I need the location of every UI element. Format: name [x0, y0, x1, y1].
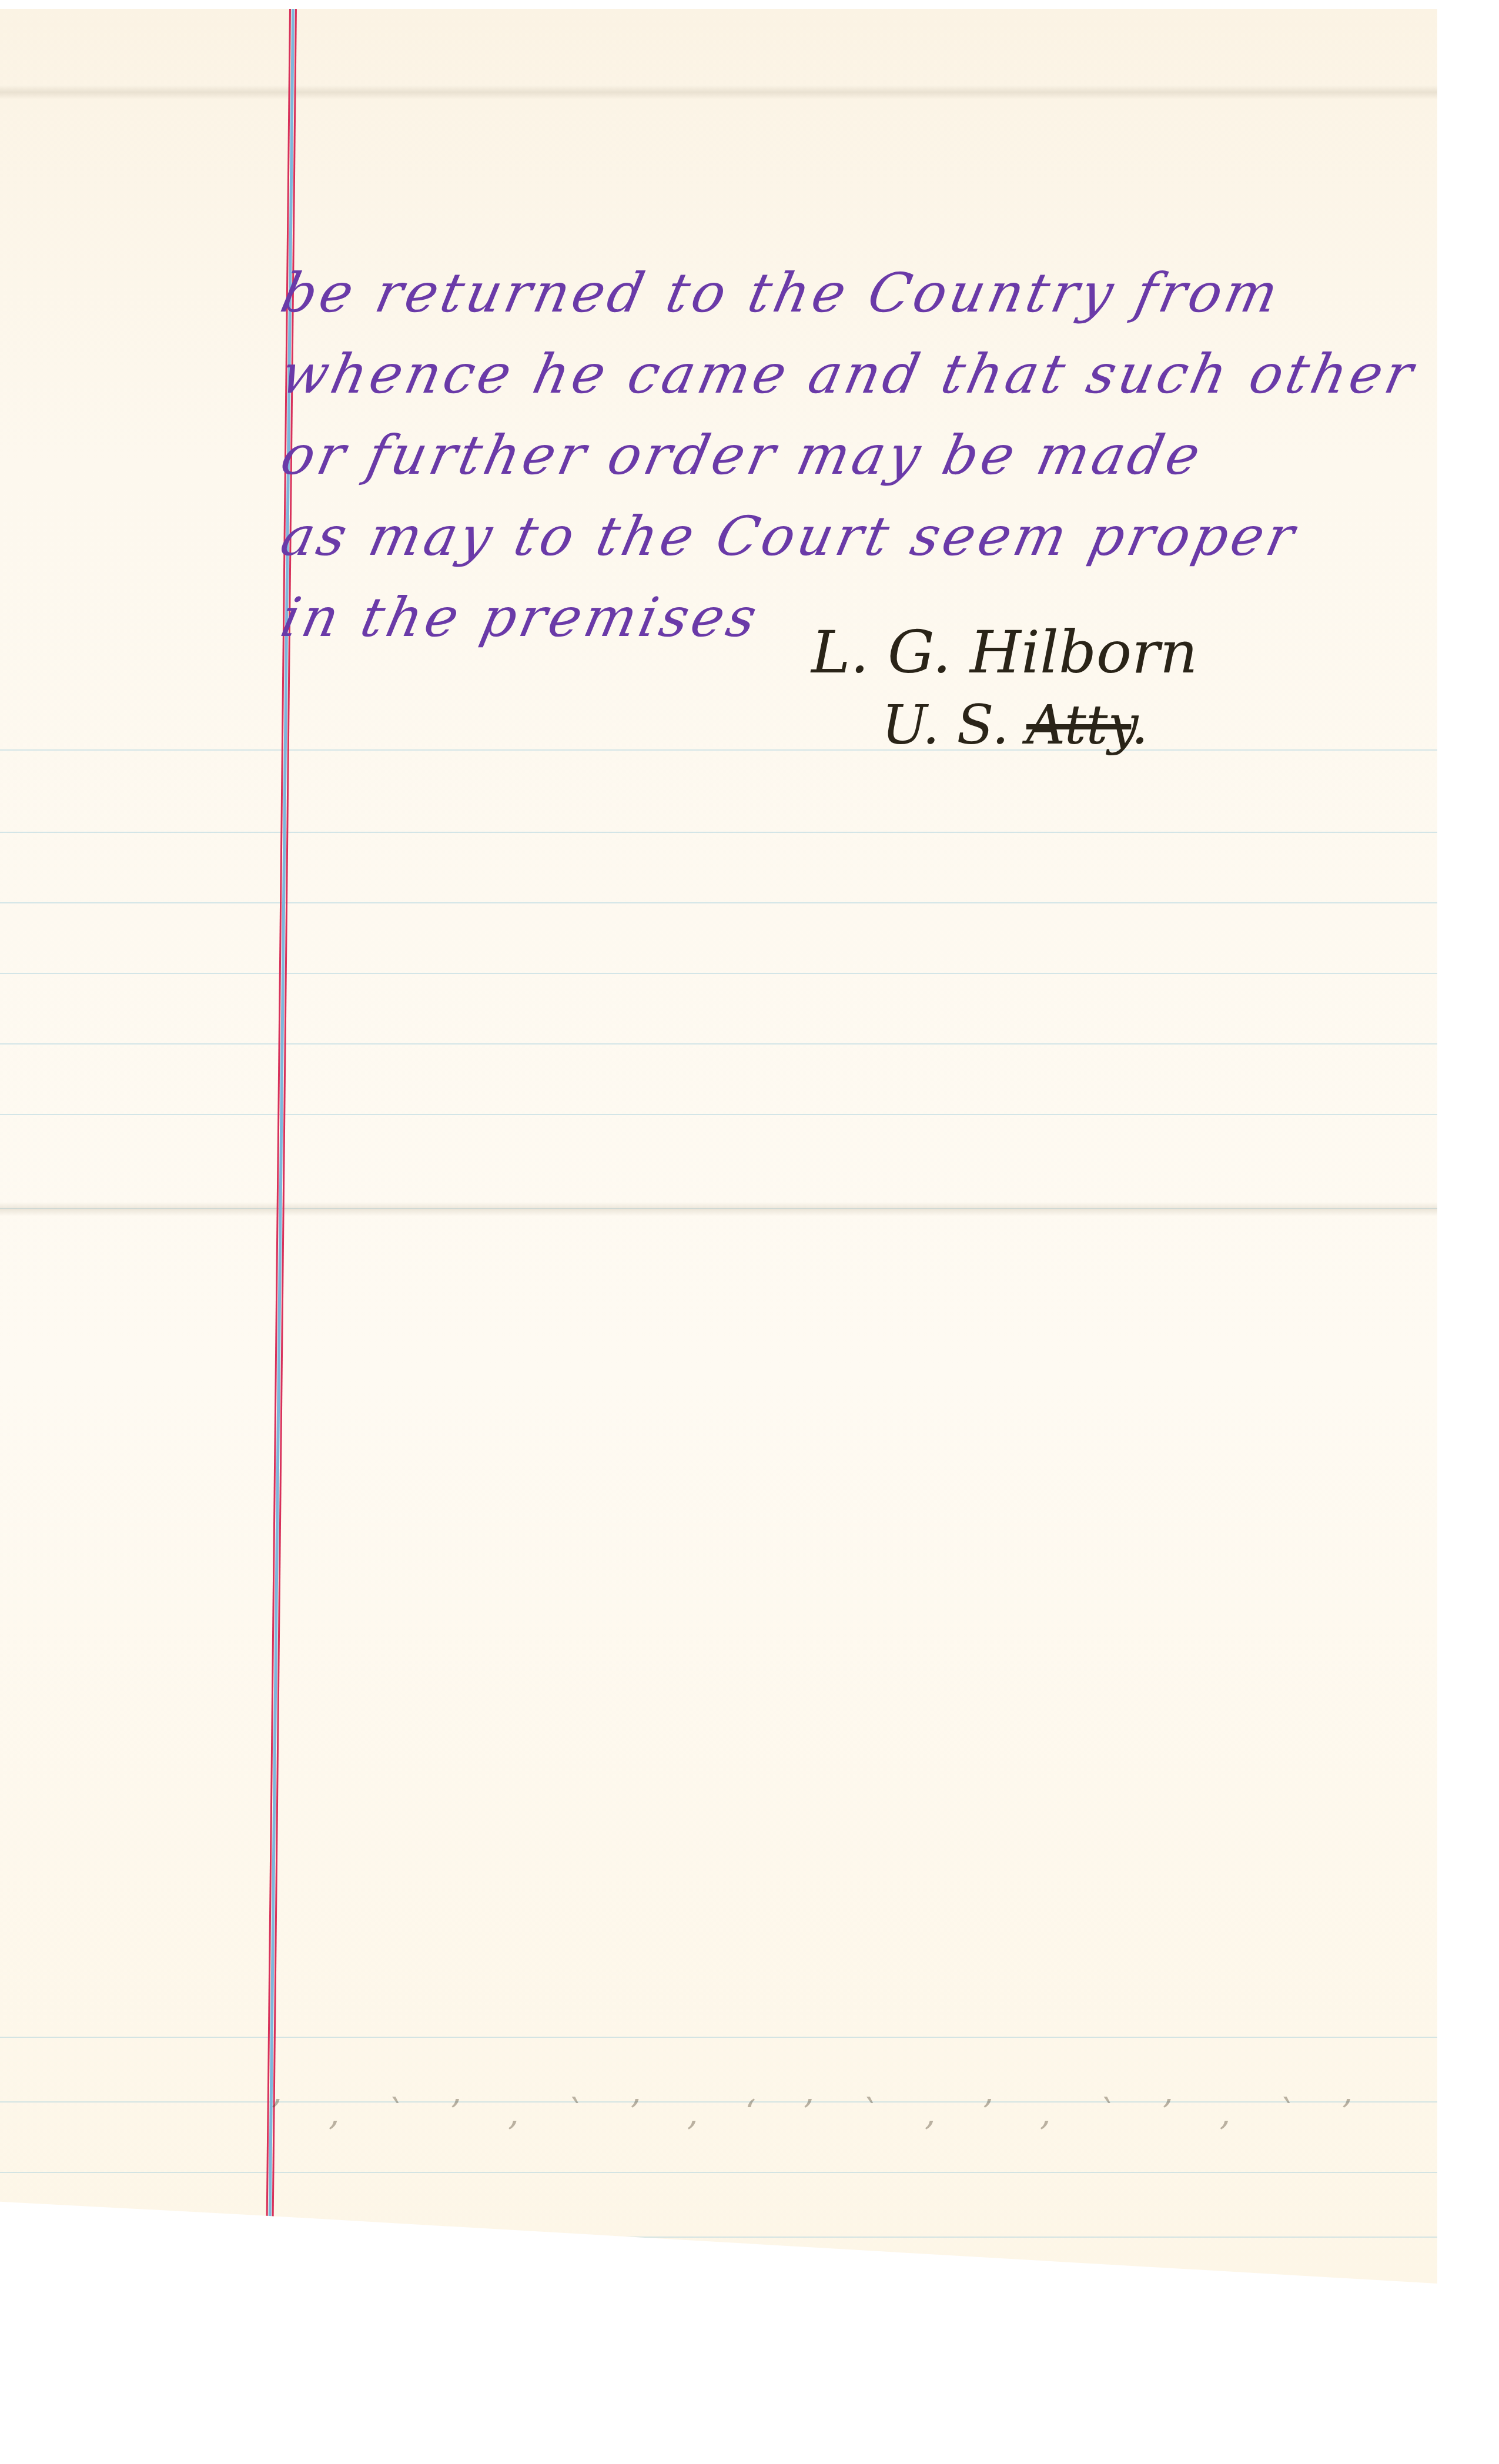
- signature-block: L. G. Hilborn U. S. Atty.: [811, 611, 1197, 756]
- bleed-through-marks: ’ ‚ ` ’ ‚ ` ’ , ‘ ’ ` ‚ ’ , ` ’ ‚ ` ’ , …: [270, 2093, 1387, 2187]
- ruled-line: [0, 2237, 1437, 2238]
- signature-title: U. S. Atty.: [882, 694, 1197, 756]
- ruled-line: [0, 832, 1437, 833]
- ruled-line: [0, 1043, 1437, 1044]
- title-prefix: U. S.: [882, 694, 1009, 756]
- handwritten-body: be returned to the Country from whence h…: [282, 253, 1358, 658]
- signature-name: L. G. Hilborn: [811, 611, 1197, 694]
- ruled-line: [0, 749, 1437, 751]
- title-suffix: .: [1131, 694, 1148, 756]
- body-line: whence he came and that such other: [273, 334, 1366, 415]
- body-line: or further order may be made: [273, 415, 1366, 496]
- title-struck: Atty: [1026, 694, 1132, 756]
- ruled-line: [0, 973, 1437, 974]
- ruled-line: [0, 2037, 1437, 2038]
- paper-fold: [0, 1202, 1437, 1216]
- body-line: be returned to the Country from: [273, 253, 1366, 334]
- body-line: as may to the Court seem proper: [273, 496, 1366, 577]
- ruled-line: [0, 902, 1437, 903]
- ruled-line: [0, 1114, 1437, 1115]
- paper-fold: [0, 85, 1437, 99]
